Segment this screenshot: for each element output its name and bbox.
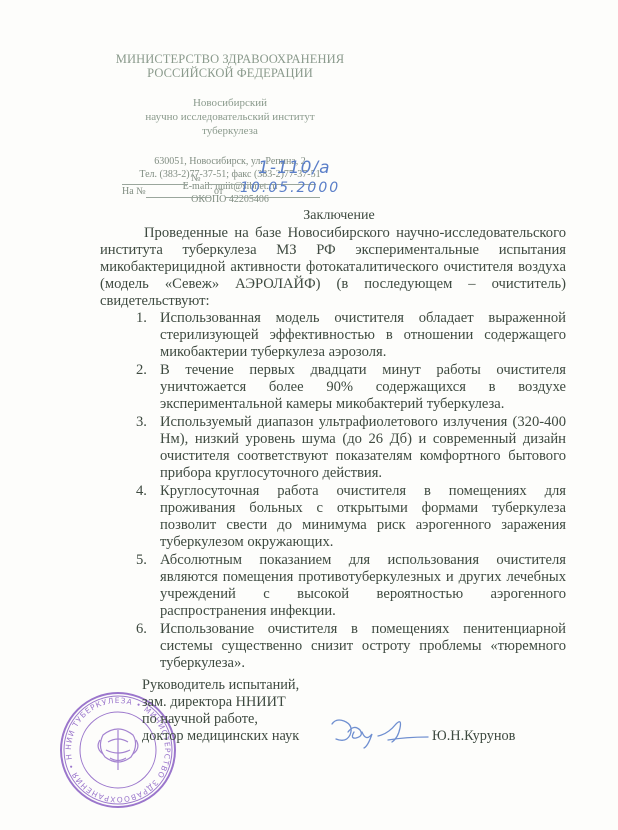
institute-line-2: научно исследовательский институт bbox=[100, 110, 360, 124]
institute-line-3: туберкулеза bbox=[100, 124, 360, 138]
finding-text: Абсолютным показанием для использования … bbox=[160, 552, 566, 619]
finding-text: Использованная модель очистителя обладае… bbox=[160, 310, 566, 360]
signatory-title: Руководитель испытаний, зам. директора Н… bbox=[142, 677, 299, 745]
ministry-name: МИНИСТЕРСТВО ЗДРАВООХРАНЕНИЯ РОССИЙСКОЙ … bbox=[100, 52, 360, 80]
ministry-line-1: МИНИСТЕРСТВО ЗДРАВООХРАНЕНИЯ bbox=[100, 52, 360, 66]
document-page: МИНИСТЕРСТВО ЗДРАВООХРАНЕНИЯ РОССИЙСКОЙ … bbox=[0, 0, 618, 830]
reference-number-line bbox=[146, 197, 211, 198]
finding-text: В течение первых двадцати минут работы о… bbox=[160, 362, 566, 412]
outgoing-blank-left bbox=[122, 184, 188, 185]
finding-item: 3. Используемый диапазон ультрафиолетово… bbox=[136, 414, 566, 482]
finding-number: 2. bbox=[136, 362, 147, 379]
finding-number: 4. bbox=[136, 483, 147, 500]
signatory-line-3: по научной работе, bbox=[142, 711, 299, 728]
ministry-line-2: РОССИЙСКОЙ ФЕДЕРАЦИИ bbox=[100, 66, 360, 80]
institute-line-1: Новосибирский bbox=[100, 96, 360, 110]
finding-item: 4. Круглосуточная работа очистителя в по… bbox=[136, 483, 566, 551]
finding-item: 5. Абсолютным показанием для использован… bbox=[136, 552, 566, 620]
finding-item: 1. Использованная модель очистителя обла… bbox=[136, 310, 566, 361]
document-title: Заключение bbox=[0, 208, 618, 224]
finding-text: Использование очистителя в помещениях пе… bbox=[160, 621, 566, 671]
number-label: № bbox=[191, 173, 201, 184]
signatory-line-2: зам. директора ННИИТ bbox=[142, 694, 299, 711]
date-label: от bbox=[214, 186, 223, 197]
outgoing-number-value: 1-110/a bbox=[258, 158, 331, 178]
date-value: 10.05.2000 bbox=[240, 180, 340, 196]
findings-list: 1. Использованная модель очистителя обла… bbox=[136, 310, 566, 673]
finding-text: Круглосуточная работа очистителя в помещ… bbox=[160, 483, 566, 550]
date-line bbox=[226, 197, 320, 198]
finding-text: Используемый диапазон ультрафиолетового … bbox=[160, 414, 566, 481]
finding-item: 2. В течение первых двадцати минут работ… bbox=[136, 362, 566, 413]
finding-item: 6. Использование очистителя в помещениях… bbox=[136, 621, 566, 672]
signatory-name: Ю.Н.Курунов bbox=[432, 728, 515, 745]
finding-number: 5. bbox=[136, 552, 147, 569]
signatory-line-1: Руководитель испытаний, bbox=[142, 677, 299, 694]
signatory-line-4: доктор медицинских наук bbox=[142, 728, 299, 745]
finding-number: 1. bbox=[136, 310, 147, 327]
handwritten-signature-icon bbox=[326, 712, 436, 752]
reference-number-label: На № bbox=[122, 186, 146, 197]
finding-number: 6. bbox=[136, 621, 147, 638]
institute-name: Новосибирский научно исследовательский и… bbox=[100, 96, 360, 138]
intro-paragraph: Проведенные на базе Новосибирского научн… bbox=[100, 225, 566, 310]
finding-number: 3. bbox=[136, 414, 147, 431]
